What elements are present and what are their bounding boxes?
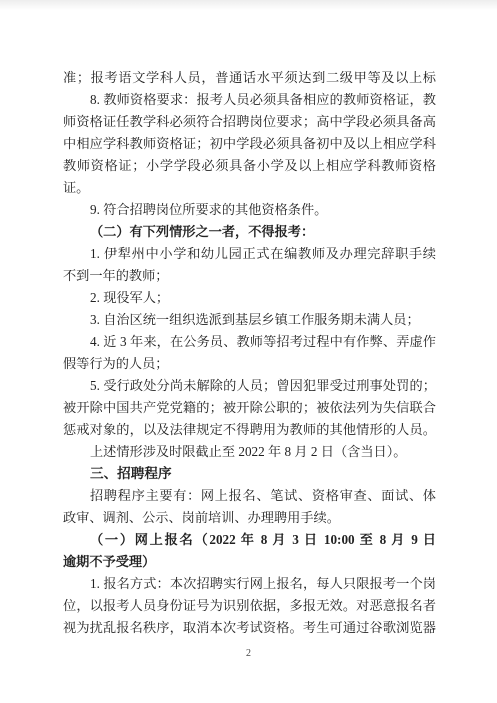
document-page: 准；报考语文学科人员，普通话水平须达到二级甲等及以上标准。8. 教师资格要求：报… [0, 0, 497, 703]
text-line: 被开除中国共产党党籍的；被开除公职的；被依法列为失信联合 [63, 397, 436, 419]
text-line: 准；报考语文学科人员，普通话水平须达到二级甲等及以上标准。 [63, 67, 436, 89]
text-line: 政审、调剂、公示、岗前培训、办理聘用手续。 [63, 507, 436, 529]
text-line: 2. 现役军人； [63, 287, 436, 309]
text-line: 4. 近 3 年来，在公务员、教师等招考过程中有作弊、弄虚作 [63, 331, 436, 353]
text-line: 逾期不予受理） [63, 551, 436, 573]
text-line: 上述情形涉及时限截止至 2022 年 8 月 2 日（含当日）。 [63, 441, 436, 463]
text-line: 假等行为的人员； [63, 353, 436, 375]
text-line: 证。 [63, 177, 436, 199]
text-line: 惩戒对象的，以及法律规定不得聘用为教师的其他情形的人员。 [63, 419, 436, 441]
text-line: 8. 教师资格要求：报考人员必须具备相应的教师资格证，教 [63, 89, 436, 111]
text-line: 9. 符合招聘岗位所要求的其他资格条件。 [63, 199, 436, 221]
text-line: 位，以报考人员身份证号为识别依据，多报无效。对恶意报名者 [63, 595, 436, 617]
text-line: 招聘程序主要有：网上报名、笔试、资格审查、面试、体检、 [63, 485, 436, 507]
text-line: （二）有下列情形之一者，不得报考： [63, 221, 436, 243]
text-line: 教师资格证；小学学段必须具备小学及以上相应学科教师资格 [63, 155, 436, 177]
document-body: 准；报考语文学科人员，普通话水平须达到二级甲等及以上标准。8. 教师资格要求：报… [63, 67, 436, 639]
text-line: 视为扰乱报名秩序，取消本次考试资格。考生可通过谷歌浏览器 [63, 617, 436, 639]
text-line: 师资格证任教学科必须符合招聘岗位要求；高中学段必须具备高 [63, 111, 436, 133]
text-line: 1. 报名方式：本次招聘实行网上报名，每人只限报考一个岗 [63, 573, 436, 595]
page-number: 2 [0, 648, 497, 659]
text-line: 5. 受行政处分尚未解除的人员；曾因犯罪受过刑事处罚的； [63, 375, 436, 397]
text-line: 三、招聘程序 [63, 463, 436, 485]
text-line: 1. 伊犁州中小学和幼儿园正式在编教师及办理完辞职手续 [63, 243, 436, 265]
text-line: （一）网上报名（2022 年 8 月 3 日 10:00 至 8 月 9 日 2… [63, 529, 436, 551]
text-line: 3. 自治区统一组织选派到基层乡镇工作服务期未满人员； [63, 309, 436, 331]
text-line: 中相应学科教师资格证；初中学段必须具备初中及以上相应学科 [63, 133, 436, 155]
text-line: 不到一年的教师； [63, 265, 436, 287]
